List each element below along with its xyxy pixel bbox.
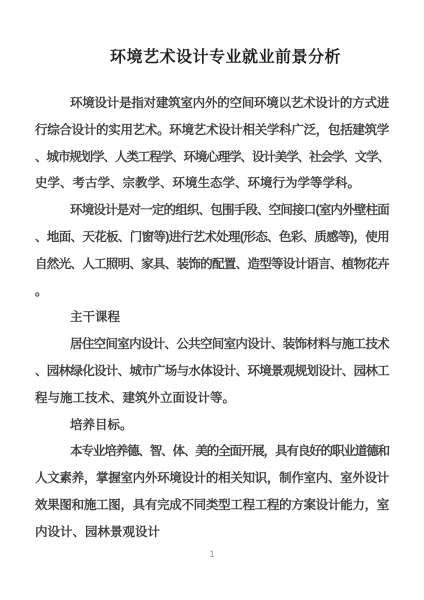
text-line-content: 自然光、人工照明、家具、装饰的配置、造型等设计语言、植物花卉 <box>35 251 389 278</box>
text-line-content: 效果图和施工图，具有完成不同类型工程工程的方案设计能力，室 <box>35 492 389 519</box>
text-line-content: 史学、考古学、宗教学、环境生态学、环境行为学等学科。 <box>35 170 360 197</box>
text-line: 本专业培养德、智、体、美的全面开展，具有良好的职业道德和 <box>35 438 389 465</box>
text-line: 、城市规划学、人类工程学、环境心理学、设计美学、社会学、文学、 <box>35 144 389 171</box>
document-body: 环境设计是指对建筑室内外的空间环境以艺术设计的方式进行综合设计的实用艺术。环境艺… <box>35 90 389 546</box>
text-line: 行综合设计的实用艺术。环境艺术设计相关学科广泛，包括建筑学 <box>35 117 389 144</box>
text-line: 效果图和施工图，具有完成不同类型工程工程的方案设计能力，室 <box>35 492 389 519</box>
text-line: 。 <box>35 278 389 305</box>
text-line: 人文素养，掌握室内外环境设计的相关知识，制作室内、室外设计 <box>35 465 389 492</box>
text-line-content: 环境设计是指对建筑室内外的空间环境以艺术设计的方式进 <box>70 90 389 117</box>
text-line-content: 、城市规划学、人类工程学、环境心理学、设计美学、社会学、文学、 <box>35 144 389 171</box>
text-line: 内设计、园林景观设计 <box>35 519 389 546</box>
text-line: 史学、考古学、宗教学、环境生态学、环境行为学等学科。 <box>35 170 389 197</box>
text-line-content: 程与施工技术、建筑外立面设计等。 <box>35 385 235 412</box>
text-line: 、园林绿化设计、城市广场与水体设计、环境景观规划设计、园林工 <box>35 358 389 385</box>
text-line-content: 主干课程 <box>70 304 120 331</box>
page-number: 1 <box>0 548 424 560</box>
text-line: 、地面、天花板、门窗等)进行艺术处理(形态、色彩、质感等)，使用 <box>35 224 389 251</box>
text-line: 培养目标。 <box>35 412 389 439</box>
text-line-content: 环境设计是对一定的组织、包围手段、空间接口(室内外壁柱面 <box>70 197 389 224</box>
text-line-content: 。 <box>35 278 48 305</box>
text-line: 环境设计是对一定的组织、包围手段、空间接口(室内外壁柱面 <box>35 197 389 224</box>
text-line-content: 、园林绿化设计、城市广场与水体设计、环境景观规划设计、园林工 <box>35 358 389 385</box>
document-page: 环境艺术设计专业就业前景分析 环境设计是指对建筑室内外的空间环境以艺术设计的方式… <box>0 0 424 600</box>
text-line-content: 培养目标。 <box>70 412 133 439</box>
text-line: 居住空间室内设计、公共空间室内设计、装饰材料与施工技术 <box>35 331 389 358</box>
text-line: 环境设计是指对建筑室内外的空间环境以艺术设计的方式进 <box>35 90 389 117</box>
text-line: 程与施工技术、建筑外立面设计等。 <box>35 385 389 412</box>
text-line-content: 居住空间室内设计、公共空间室内设计、装饰材料与施工技术 <box>70 331 389 358</box>
text-line: 主干课程 <box>35 304 389 331</box>
text-line: 自然光、人工照明、家具、装饰的配置、造型等设计语言、植物花卉 <box>35 251 389 278</box>
document-title: 环境艺术设计专业就业前景分析 <box>35 44 389 72</box>
text-line-content: 本专业培养德、智、体、美的全面开展，具有良好的职业道德和 <box>70 438 389 465</box>
text-line-content: 人文素养，掌握室内外环境设计的相关知识，制作室内、室外设计 <box>35 465 389 492</box>
text-line-content: 行综合设计的实用艺术。环境艺术设计相关学科广泛，包括建筑学 <box>35 117 389 144</box>
text-line-content: 、地面、天花板、门窗等)进行艺术处理(形态、色彩、质感等)，使用 <box>35 224 389 251</box>
text-line-content: 内设计、园林景观设计 <box>35 519 160 546</box>
